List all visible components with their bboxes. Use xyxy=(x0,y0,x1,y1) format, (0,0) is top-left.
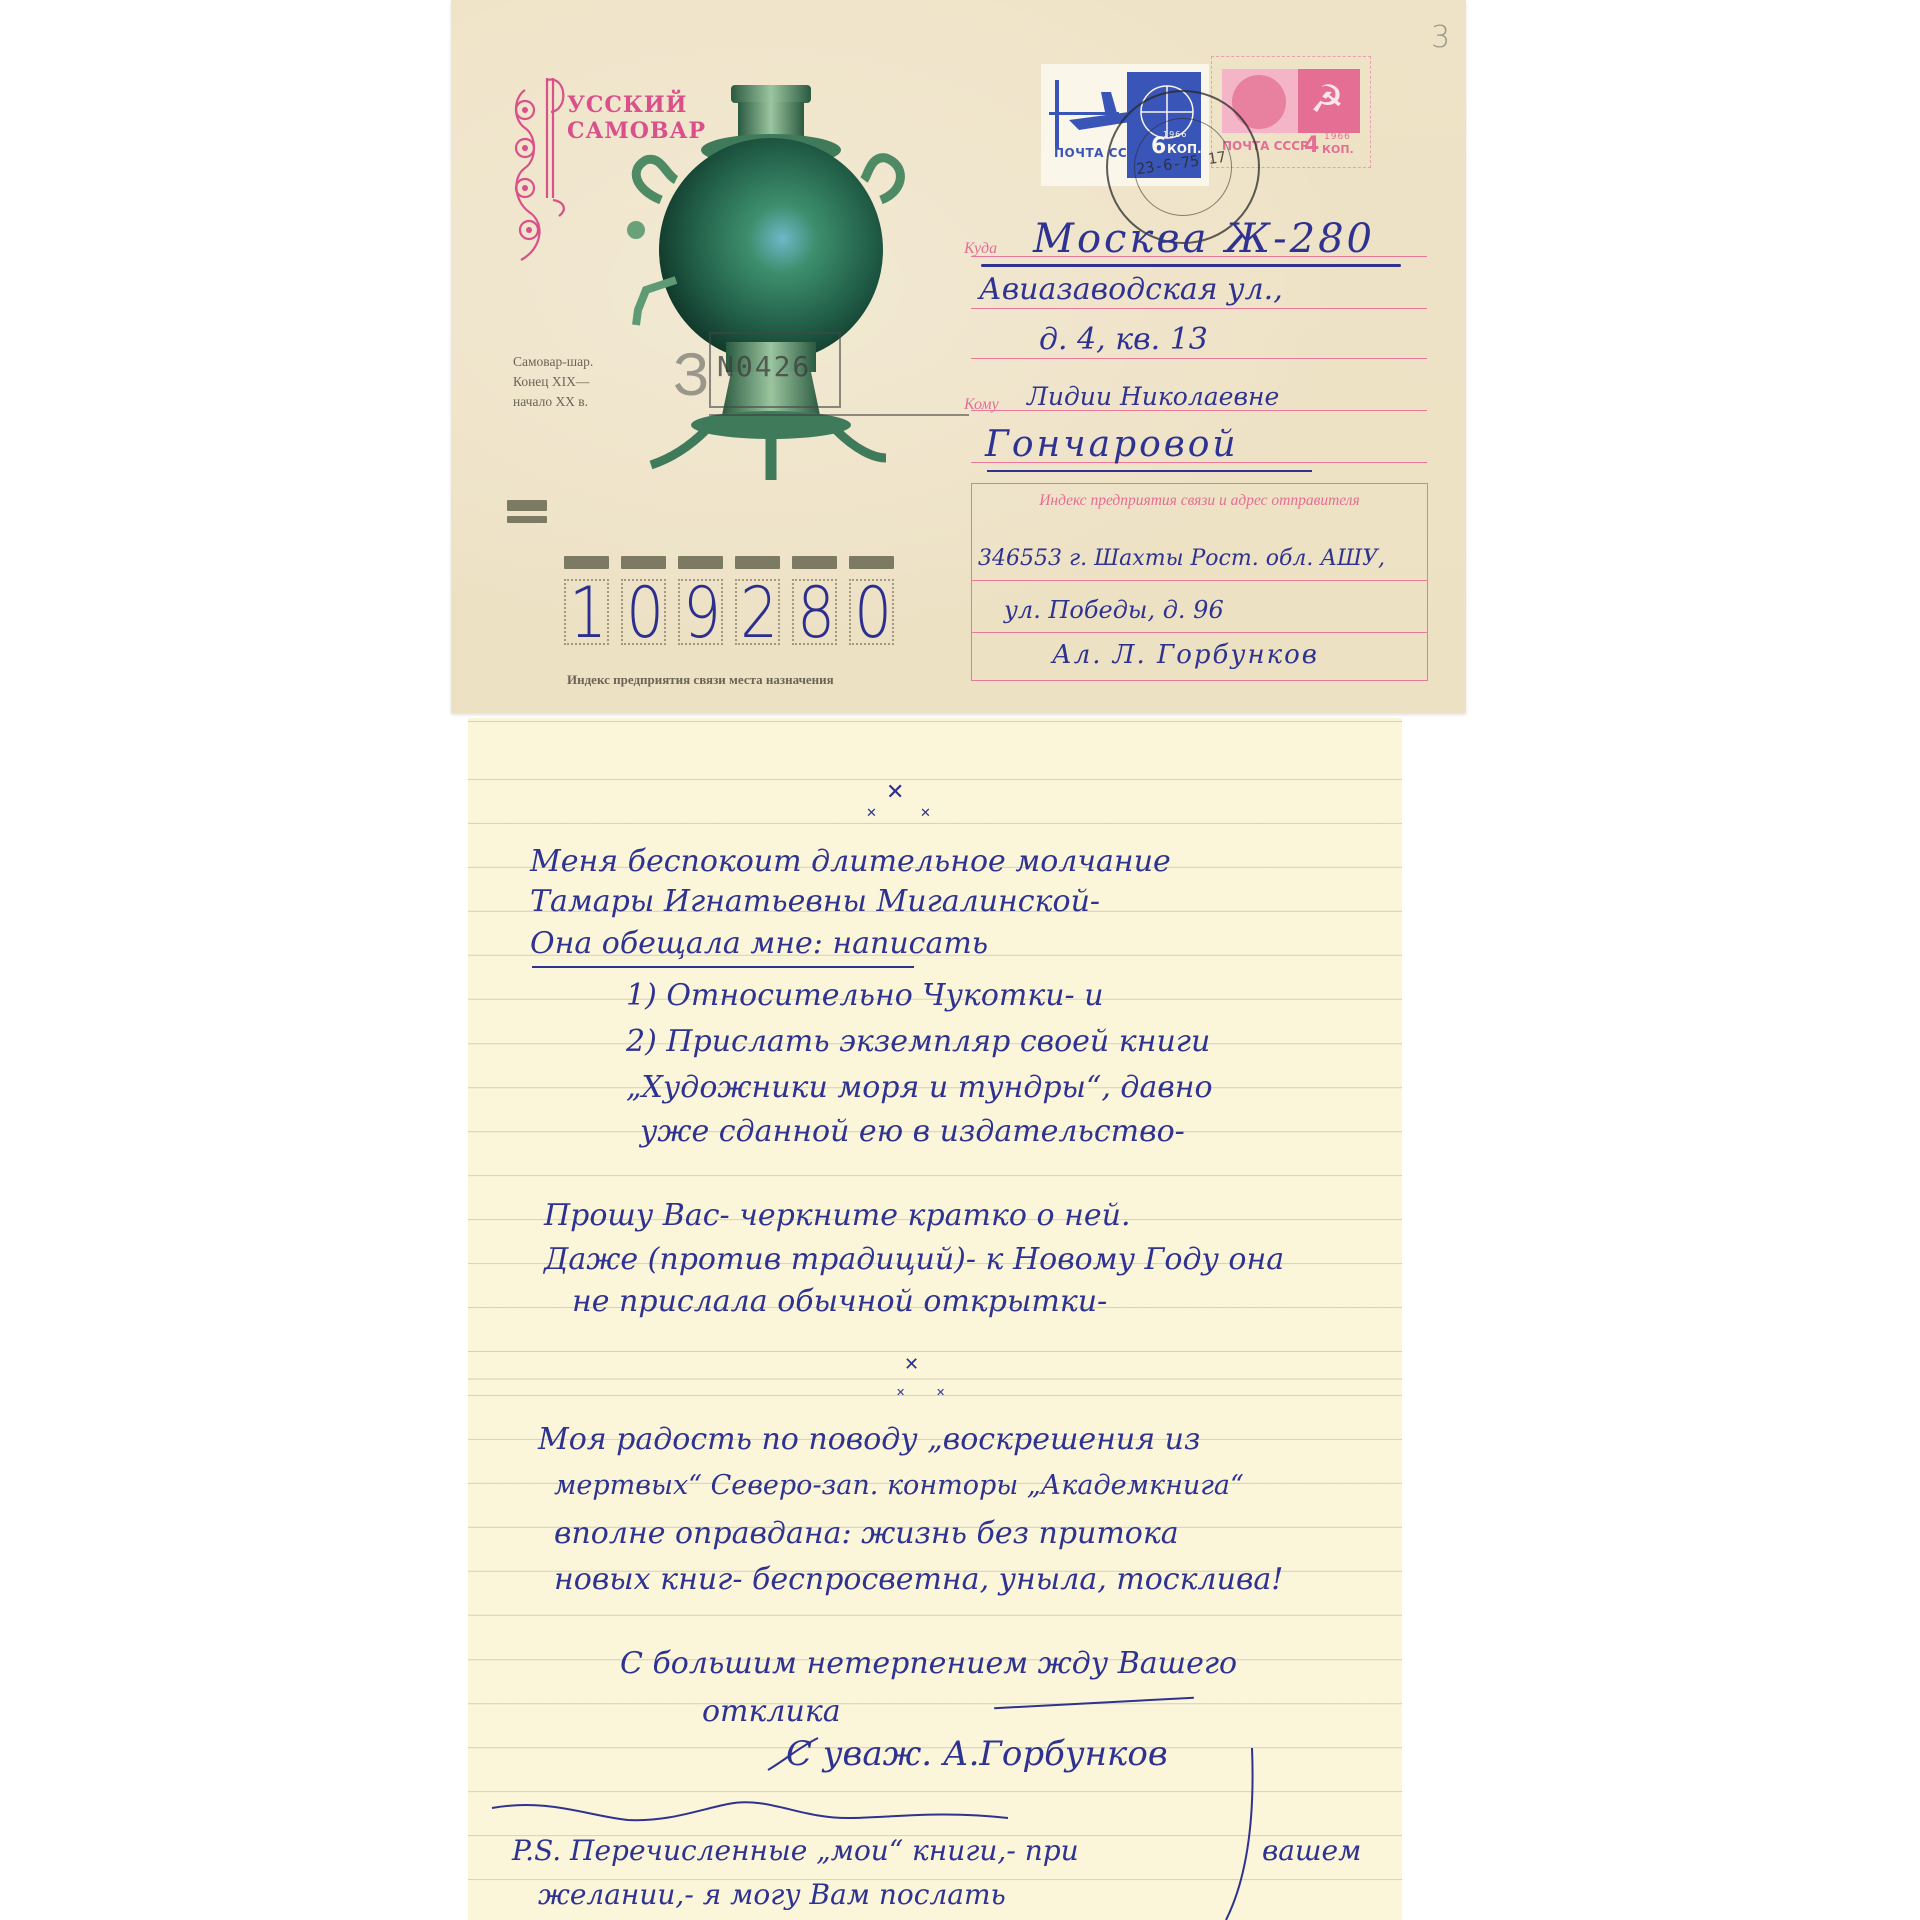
index-digit: 0 xyxy=(849,579,894,645)
index-digit: 0 xyxy=(621,579,666,645)
sender-address-box: Индекс предприятия связи и адрес отправи… xyxy=(971,483,1428,681)
sender-line-1: 346553 г. Шахты Рост. обл. АШУ, xyxy=(978,546,1385,571)
signature-flourish-line xyxy=(468,718,1402,1920)
index-digit: 9 xyxy=(678,579,723,645)
index-digit: 8 xyxy=(792,579,837,645)
sender-line-3: Ал. Л. Горбунков xyxy=(1052,640,1319,670)
postal-index-caption: Индекс предприятия связи места назначени… xyxy=(567,672,834,688)
recipient-street: Авиазаводская ул., xyxy=(979,272,1283,307)
recipient-building: д. 4, кв. 13 xyxy=(1039,322,1208,357)
index-digit: 1 xyxy=(564,579,609,645)
registration-label: З N0426 xyxy=(673,332,831,414)
handwritten-letter: ✕ ✕ ✕ Меня беспокоит длительное молчание… xyxy=(468,718,1402,1920)
index-digit: 2 xyxy=(735,579,780,645)
archive-page-number: 3 xyxy=(1431,20,1450,55)
letter-postscript: желании,- я могу Вам послать xyxy=(538,1878,1006,1911)
envelope: 3 Р УССКИЙ САМОВАР xyxy=(451,0,1466,713)
hammer-sickle-flag-icon: ☭ xyxy=(1298,69,1360,133)
machine-read-marks xyxy=(507,500,547,528)
recipient-name-line-2: Гончаровой xyxy=(985,424,1239,465)
postal-index: 1 0 9 2 8 0 xyxy=(564,556,894,645)
letter-postscript-margin-note: вашем xyxy=(1262,1834,1361,1867)
recipient-name-line-1: Лидии Николаевне xyxy=(1027,382,1279,411)
letter-postscript: P.S. Перечисленные „мои“ книги,- при xyxy=(512,1834,1079,1867)
illustration-caption: Самовар-шар. Конец XIX— начало XX в. xyxy=(513,352,593,412)
sender-line-2: ул. Победы, д. 96 xyxy=(1004,596,1224,624)
ornate-initial-icon: Р xyxy=(507,70,567,270)
samovar-illustration xyxy=(606,80,906,490)
recipient-city: Москва Ж-280 xyxy=(1033,216,1375,262)
whom-label: Кому xyxy=(964,396,999,414)
